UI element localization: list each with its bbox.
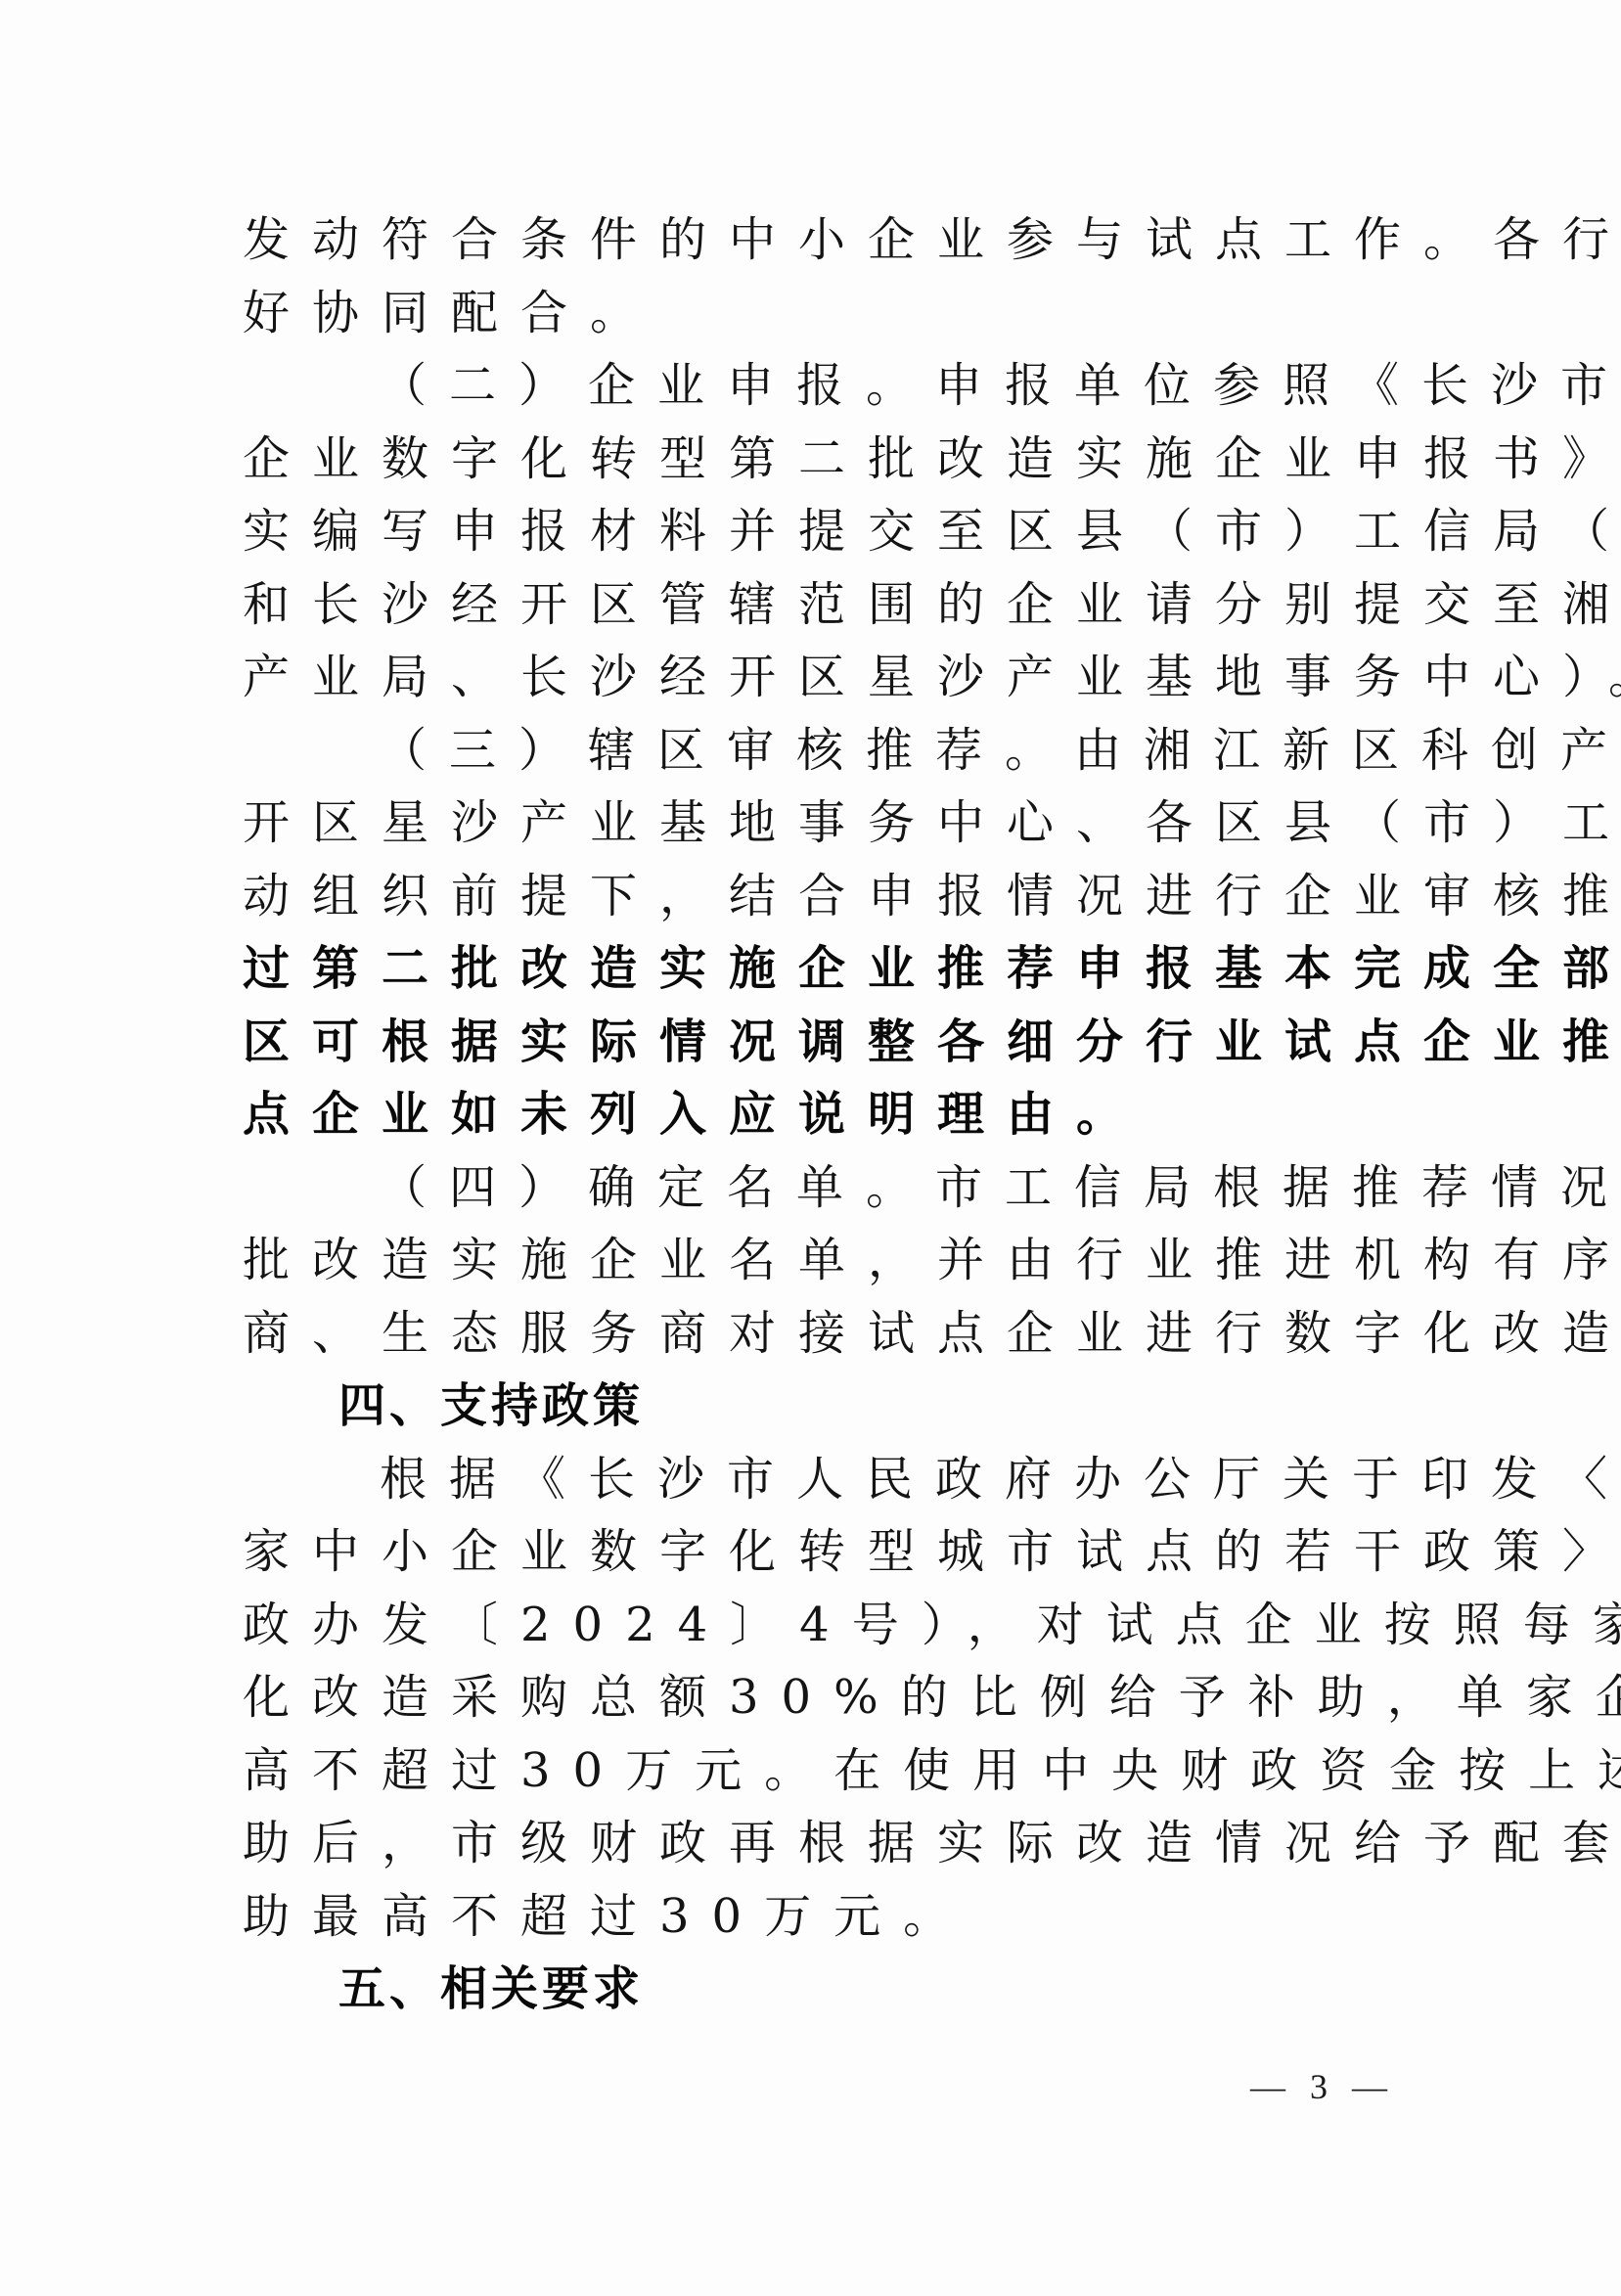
- bold-text-line: 点企业如未列入应说明理由。: [243, 1078, 1377, 1151]
- bold-text-line: 区可根据实际情况调整各细分行业试点企业推荐数量，原试: [243, 1006, 1377, 1079]
- text-run: 动组织前提下，结合申报情况进行企业审核推荐。: [243, 869, 1621, 923]
- text-line: 商、生态服务商对接试点企业进行数字化改造。: [243, 1297, 1377, 1371]
- page-number: — 3 —: [1250, 2066, 1395, 2107]
- text-line: 高不超过30万元。在使用中央财政资金按上述标准给予补: [243, 1734, 1377, 1808]
- text-line: 政办发〔2024〕4号），对试点企业按照每家企业不高于数字: [243, 1589, 1377, 1662]
- paragraph-district-review: （三）辖区审核推荐。由湘江新区科创产业局、长沙经 开区星沙产业基地事务中心、各区…: [243, 714, 1377, 1151]
- text-line: （三）辖区审核推荐。由湘江新区科创产业局、长沙经: [243, 714, 1377, 788]
- text-line: 开区星沙产业基地事务中心、各区县（市）工信局在广泛发: [243, 787, 1377, 860]
- text-line: 发动符合条件的中小企业参与试点工作。各行业推进机构做: [243, 203, 1377, 277]
- text-line: 好协同配合。: [243, 277, 1377, 350]
- text-line: （二）企业申报。申报单位参照《长沙市细分行业中小: [243, 349, 1377, 423]
- paragraph-support-policy: 根据《长沙市人民政府办公厅关于印发〈长沙市支持国 家中小企业数字化转型城市试点的…: [243, 1443, 1377, 1954]
- section-heading-requirements: 五、相关要求: [243, 1953, 1377, 2026]
- paragraph-confirm-list: （四）确定名单。市工信局根据推荐情况审核确定第二 批改造实施企业名单，并由行业推…: [243, 1151, 1377, 1371]
- bold-text-line: 过第二批改造实施企业推荐申报基本完成全部试点任务，辖: [243, 932, 1377, 1006]
- paragraph-coordination: 发动符合条件的中小企业参与试点工作。各行业推进机构做 好协同配合。: [243, 203, 1377, 349]
- paragraph-enterprise-application: （二）企业申报。申报单位参照《长沙市细分行业中小 企业数字化转型第二批改造实施企…: [243, 349, 1377, 714]
- text-line: 化改造采购总额30%的比例给予补助，单家企业补助金额最: [243, 1661, 1377, 1734]
- text-line: 家中小企业数字化转型城市试点的若干政策〉的通知》（长: [243, 1515, 1377, 1589]
- text-line: 和长沙经开区管辖范围的企业请分别提交至湘江新区科创: [243, 568, 1377, 642]
- text-line: 根据《长沙市人民政府办公厅关于印发〈长沙市支持国: [243, 1443, 1377, 1516]
- text-line: 助最高不超过30万元。: [243, 1880, 1377, 1954]
- document-page: 发动符合条件的中小企业参与试点工作。各行业推进机构做 好协同配合。 （二）企业申…: [0, 0, 1621, 2296]
- section-heading-support-policy: 四、支持政策: [243, 1370, 1377, 1443]
- text-line-mixed: 动组织前提下，结合申报情况进行企业审核推荐。原则上通: [243, 860, 1377, 933]
- text-line: 产业局、长沙经开区星沙产业基地事务中心）。: [243, 641, 1377, 714]
- text-line: 实编写申报材料并提交至区县（市）工信局（属于湘江新区: [243, 495, 1377, 568]
- document-body: 发动符合条件的中小企业参与试点工作。各行业推进机构做 好协同配合。 （二）企业申…: [243, 203, 1377, 2026]
- text-line: （四）确定名单。市工信局根据推荐情况审核确定第二: [243, 1151, 1377, 1225]
- text-line: 批改造实施企业名单，并由行业推进机构有序组织集成服务: [243, 1224, 1377, 1297]
- text-line: 企业数字化转型第二批改造实施企业申报书》（见附件1）如: [243, 423, 1377, 496]
- text-line: 助后，市级财政再根据实际改造情况给予配套支持，每家补: [243, 1807, 1377, 1880]
